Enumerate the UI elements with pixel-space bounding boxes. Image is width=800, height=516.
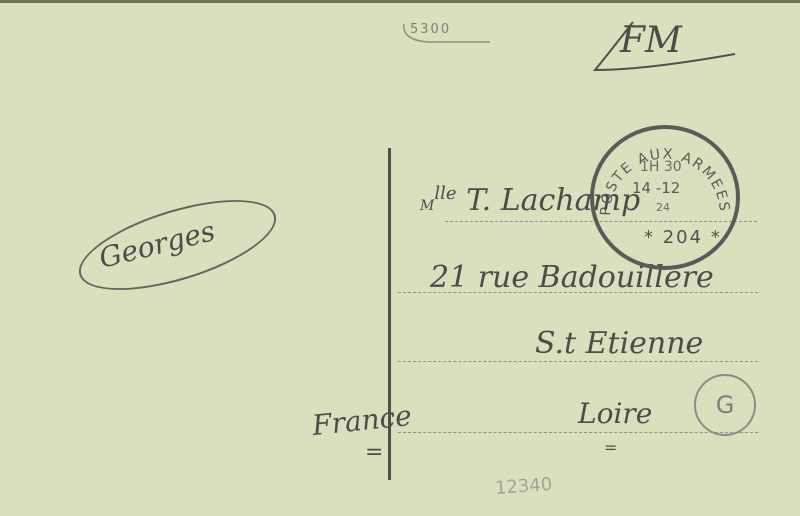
address-rule-3 — [398, 361, 758, 362]
postmark-date: 14 -12 — [632, 179, 680, 197]
recipient-prefix: M — [420, 198, 434, 214]
department-underline-icon: = — [604, 438, 617, 457]
postmark-stamp: POSTE AUX ARMEES 1H 30 14 -12 24 * 204 * — [590, 125, 740, 270]
card-top-edge — [0, 0, 800, 3]
postmark-year: 24 — [656, 201, 670, 214]
address-department: Loire — [578, 397, 652, 430]
postmark-sector-number: 204 — [663, 227, 703, 248]
circled-letter-annotation: G — [694, 374, 756, 436]
postmark-sector: * 204 * — [644, 227, 722, 248]
address-country: France — [311, 399, 414, 442]
pencil-underline-icon — [398, 20, 493, 46]
postmark-time: 1H 30 — [640, 159, 682, 175]
address-city: S.t Etienne — [535, 326, 703, 361]
recipient-title: lle — [434, 183, 456, 204]
franchise-mark: FM — [620, 20, 682, 61]
circled-letter: G — [716, 391, 735, 419]
address-rule-4 — [398, 432, 758, 433]
postcard-back: 5300 FM Georges Mlle T. Lachamp 21 rue B… — [0, 0, 800, 516]
country-underline-icon: = — [365, 440, 383, 465]
bottom-pencil-number: 12340 — [494, 474, 553, 499]
